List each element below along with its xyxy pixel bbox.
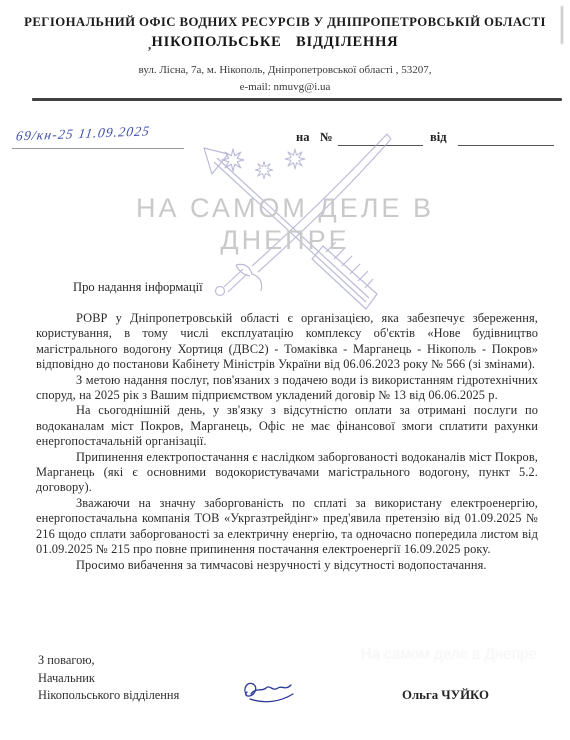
signer-name: Ольга ЧУЙКО — [402, 688, 489, 703]
arrow-icon — [204, 148, 377, 309]
letter-body: РОВР у Дніпропетровській області є орган… — [36, 311, 538, 573]
watermark-text-line1: НА САМОМ ДЕЛЕ В — [0, 193, 570, 224]
handwritten-note-underline — [12, 148, 184, 149]
on-number-label: на — [296, 130, 309, 145]
from-date-label: від — [430, 130, 447, 145]
letter-subject: Про надання інформації — [73, 280, 203, 295]
handwritten-signature-icon — [238, 677, 302, 707]
on-number-blank-line — [338, 145, 423, 146]
body-paragraph: З метою надання послуг, пов'язаних з под… — [36, 373, 538, 404]
scanned-letter-page: РЕГІОНАЛЬНИЙ ОФІС ВОДНИХ РЕСУРСІВ У ДНІП… — [0, 0, 570, 740]
signature-closing: З повагою, — [38, 653, 95, 668]
org-name-line1: РЕГІОНАЛЬНИЙ ОФІС ВОДНИХ РЕСУРСІВ У ДНІП… — [0, 15, 570, 30]
sword-icon — [216, 134, 392, 296]
handwritten-registration-note: 69/кн-25 11.09.2025 — [15, 121, 197, 144]
watermark-text-line2: ДНЕПРЕ — [0, 225, 570, 256]
from-date-blank-line — [458, 145, 554, 146]
number-sign: № — [320, 130, 333, 145]
faint-channel-watermark: На самом деле в Днепре — [361, 646, 537, 664]
body-paragraph: На сьогоднішній день, у зв'язку з відсут… — [36, 403, 538, 449]
body-paragraph: Зважаючи на значну заборгованість по спл… — [36, 496, 538, 558]
scan-edge-artifact — [561, 6, 563, 44]
signer-position-line1: Начальник — [38, 671, 95, 686]
body-paragraph: Просимо вибачення за тимчасові незручнос… — [36, 558, 538, 573]
body-paragraph: РОВР у Дніпропетровській області є орган… — [36, 311, 538, 373]
signer-position-line2: Нікопольського відділення — [38, 688, 179, 703]
star-icon — [222, 149, 305, 179]
org-address: вул. Лісна, 7а, м. Нікополь, Дніпропетро… — [0, 64, 570, 76]
header-divider — [32, 98, 562, 101]
body-paragraph: Припинення електропостачання є наслідком… — [36, 450, 538, 496]
org-email: e-mail: nmuvg@i.ua — [0, 81, 570, 93]
org-name-line2: НІКОПОЛЬСЬКЕ ВІДДІЛЕННЯ — [0, 34, 550, 51]
